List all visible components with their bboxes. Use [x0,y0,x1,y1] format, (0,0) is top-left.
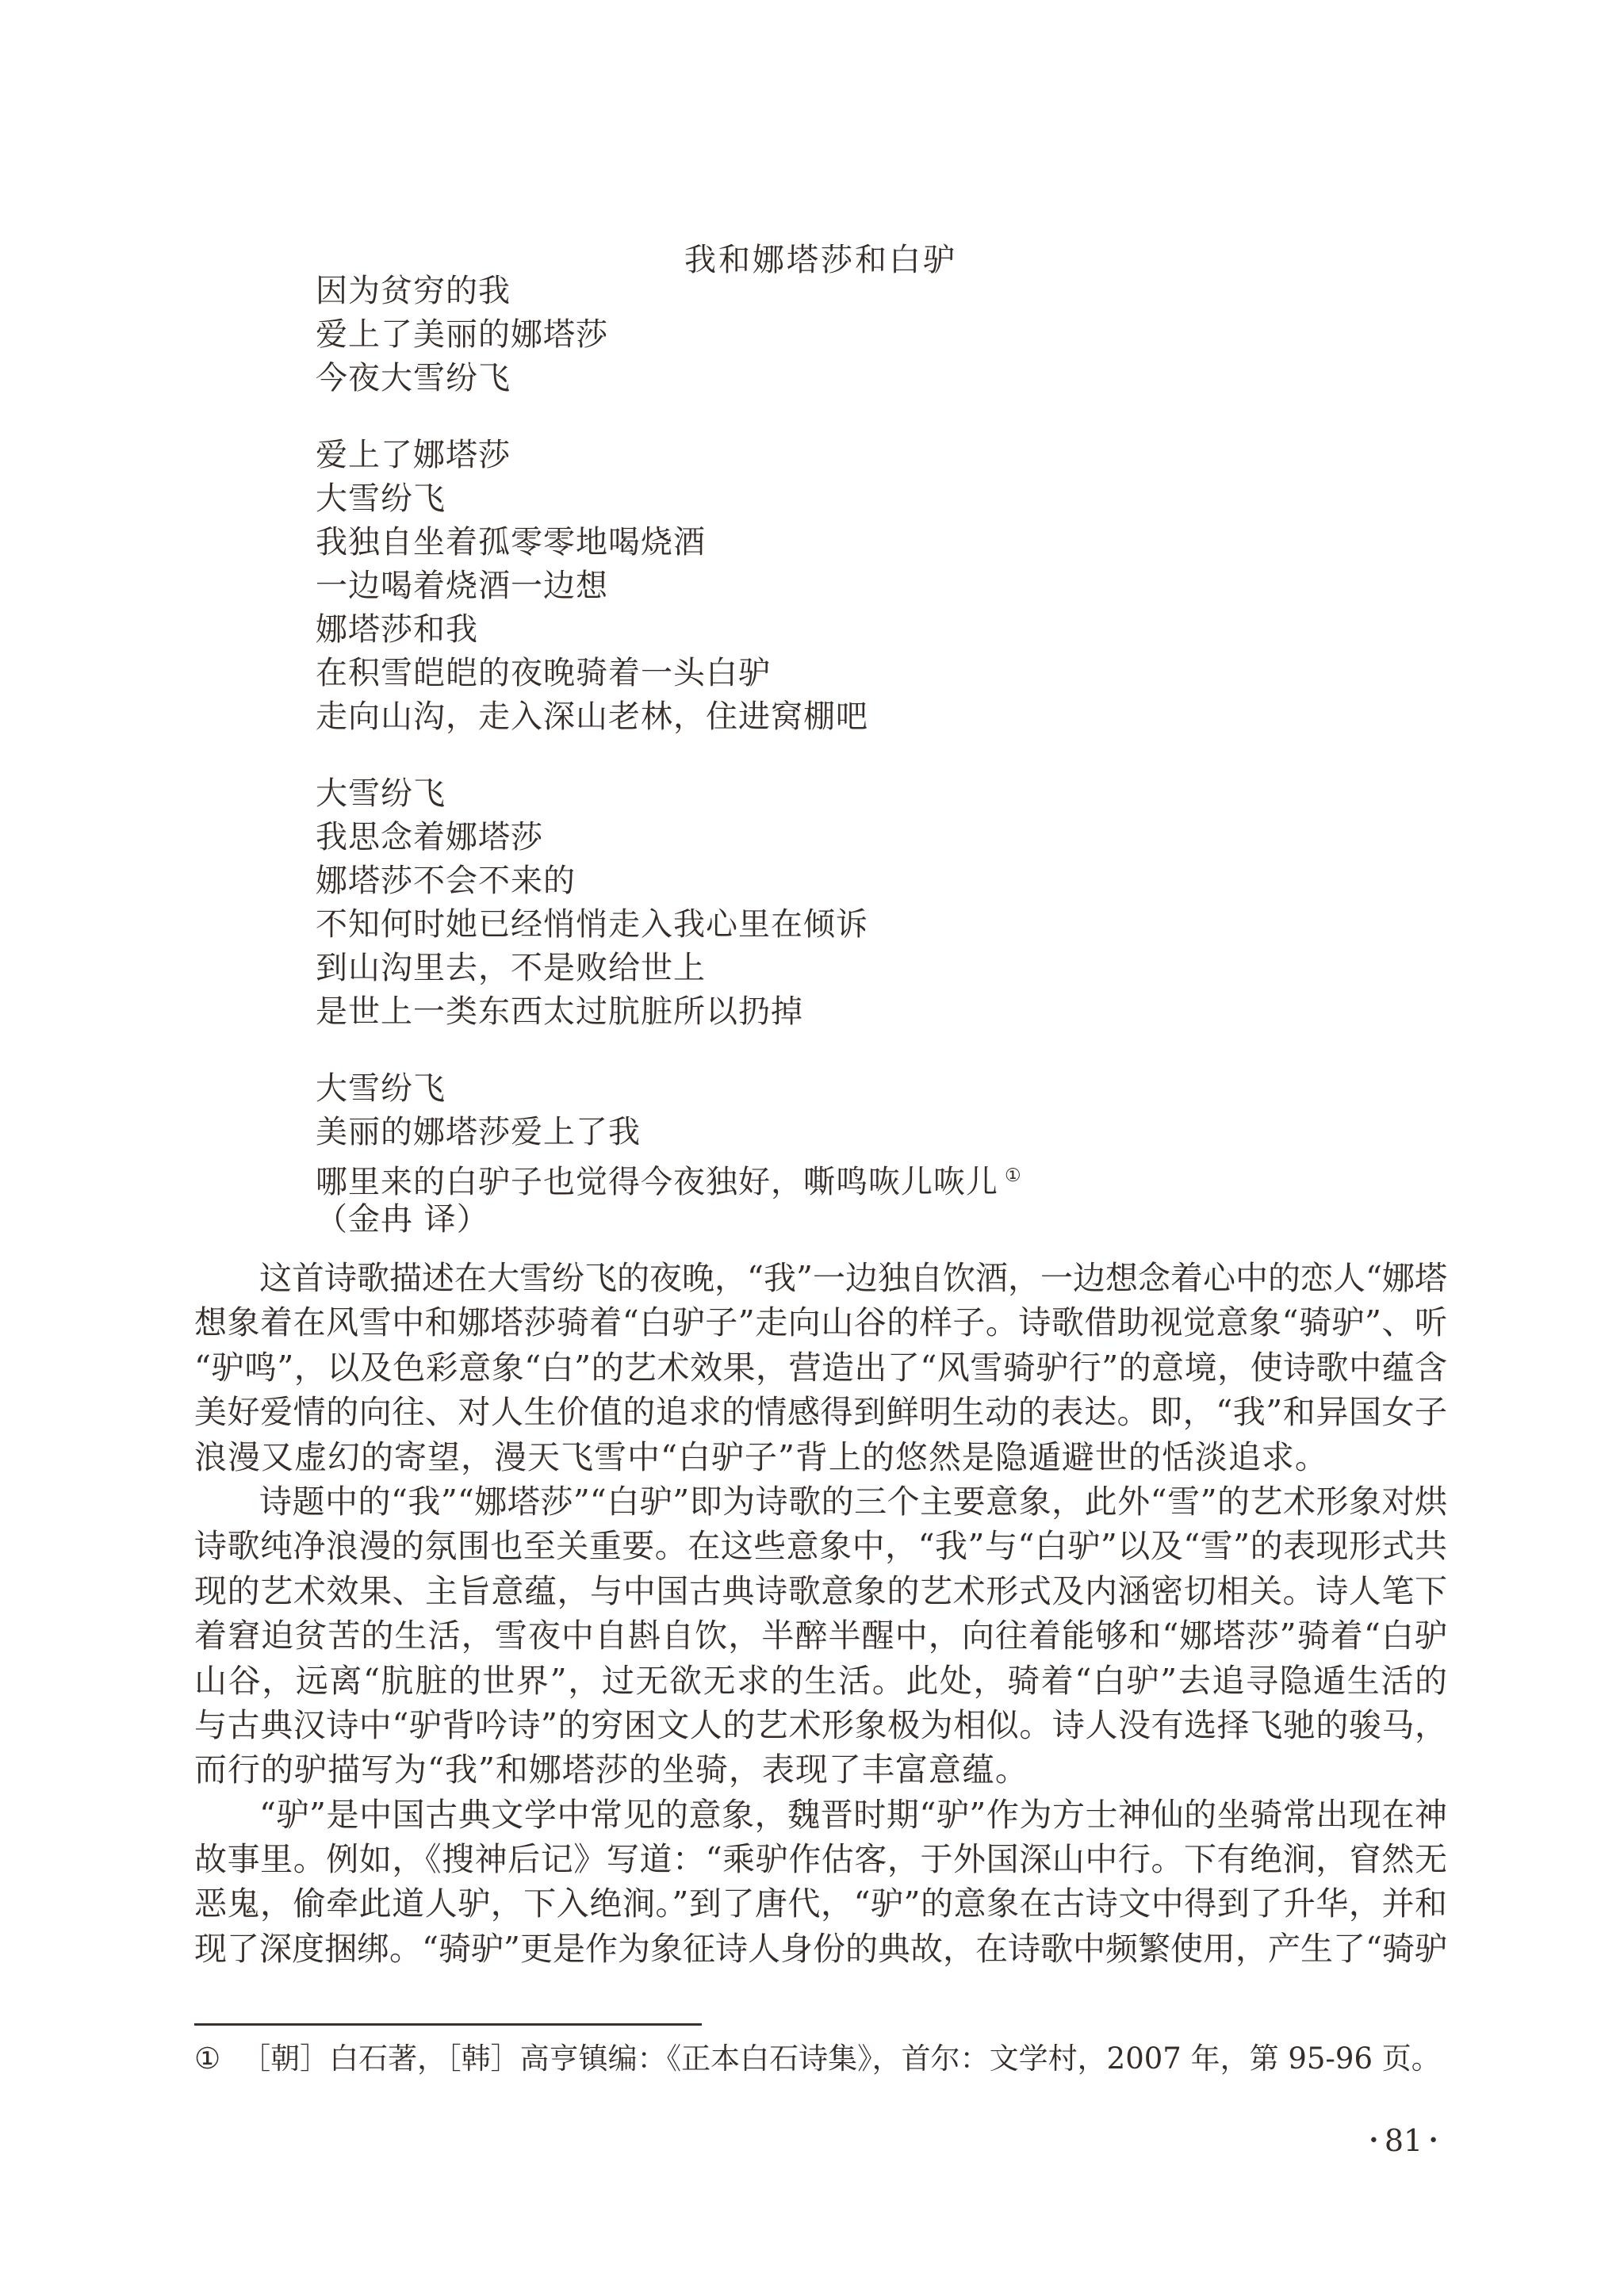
text-line: 诗歌纯净浪漫的氛围也至关重要。在这些意象中，“我”与“白驴”以及“雪”的表现形式… [194,1524,1447,1568]
text-line: 着窘迫贫苦的生活，雪夜中自斟自饮，半醉半醒中，向往着能够和“娜塔莎”骑着“白驴子… [194,1613,1447,1658]
poem-line: 娜塔莎不会不来的 [316,859,1021,903]
text-line: 山谷，远离“肮脏的世界”，过无欲无求的生活。此处，骑着“白驴”去追寻隐遁生活的“… [194,1659,1447,1703]
poem-stanza-4: 大雪纷飞 美丽的娜塔莎爱上了我 哪里来的白驴子也觉得今夜独好，嘶鸣咴儿咴儿① （… [316,1067,1021,1242]
page-number-right-dot: • [1428,2131,1438,2151]
poem-line: 大雪纷飞 [316,772,1021,816]
paragraph-1: 这首诗歌描述在大雪纷飞的夜晚，“我”一边独自饮酒，一边想念着心中的恋人“娜塔莎”… [194,1256,1447,1479]
text-line: 现了深度捆绑。“骑驴”更是作为象征诗人身份的典故，在诗歌中频繁使用，产生了“骑驴… [194,1927,1447,1971]
poem-line: 因为贫穷的我 [316,270,1021,313]
text-line: 这首诗歌描述在大雪纷飞的夜晚，“我”一边独自饮酒，一边想念着心中的恋人“娜塔莎”… [194,1256,1447,1300]
poem: 因为贫穷的我 爱上了美丽的娜塔莎 今夜大雪纷飞 爱上了娜塔莎 大雪纷飞 我独自坐… [316,270,1021,1242]
poem-line: 我独自坐着孤零零地喝烧酒 [316,521,1021,564]
poem-line: 大雪纷飞 [316,1067,1021,1111]
poem-line: 是世上一类东西太过肮脏所以扔掉 [316,990,1021,1034]
footnote-divider [194,2023,702,2026]
poem-line: 一边喝着烧酒一边想 [316,564,1021,608]
poem-line: 在积雪皑皑的夜晚骑着一头白驴 [316,652,1021,695]
poem-line: 娜塔莎和我 [316,608,1021,652]
text-line: 现的艺术效果、主旨意蕴，与中国古典诗歌意象的艺术形式及内涵密切相关。诗人笔下的“… [194,1569,1447,1613]
poem-line: 大雪纷飞 [316,477,1021,521]
text-line: 与古典汉诗中“驴背吟诗”的穷困文人的艺术形象极为相似。诗人没有选择飞驰的骏马，而… [194,1703,1447,1747]
poem-stanza-1: 因为贫穷的我 爱上了美丽的娜塔莎 今夜大雪纷飞 [316,270,1021,400]
text-line: 美好爱情的向往、对人生价值的追求的情感得到鲜明生动的表达。即，“我”和异国女子的… [194,1390,1447,1434]
footnote-reference-mark: ① [1005,1165,1021,1186]
paragraph-2: 诗题中的“我”“娜塔莎”“白驴”即为诗歌的三个主要意象，此外“雪”的艺术形象对烘… [194,1479,1447,1793]
poem-line: 美丽的娜塔莎爱上了我 [316,1111,1021,1154]
text-line: 想象着在风雪中和娜塔莎骑着“白驴子”走向山谷的样子。诗歌借助视觉意象“骑驴”、听… [194,1300,1447,1345]
text-line: “驴鸣”，以及色彩意象“白”的艺术效果，营造出了“风雪骑驴行”的意境，使诗歌中蕴… [194,1345,1447,1390]
footnote-marker: ① [194,2042,220,2076]
text-line: “驴”是中国古典文学中常见的意象，魏晋时期“驴”作为方士神仙的坐骑常出现在神仙道… [194,1793,1447,1837]
text-line: 诗题中的“我”“娜塔莎”“白驴”即为诗歌的三个主要意象，此外“雪”的艺术形象对烘… [194,1479,1447,1524]
poem-line: 不知何时她已经悄悄走入我心里在倾诉 [316,903,1021,947]
poem-line: 哪里来的白驴子也觉得今夜独好，嘶鸣咴儿咴儿① [316,1154,1021,1198]
book-page: 我和娜塔莎和白驴 因为贫穷的我 爱上了美丽的娜塔莎 今夜大雪纷飞 爱上了娜塔莎 … [0,0,1624,2296]
footnote: ①［朝］白石著，［韩］高亨镇编：《正本白石诗集》，首尔：文学村，2007 年，第… [194,2039,1447,2079]
poem-stanza-2: 爱上了娜塔莎 大雪纷飞 我独自坐着孤零零地喝烧酒 一边喝着烧酒一边想 娜塔莎和我… [316,434,1021,739]
text-line: 故事里。例如，《搜神后记》写道：“乘驴作估客，于外国深山中行。下有绝涧，窅然无底… [194,1837,1447,1881]
page-number-value: 81 [1385,2123,1423,2158]
poem-attribution: （金冉 译） [316,1198,1021,1242]
text-line: 恶鬼，偷牵此道人驴，下入绝涧。”到了唐代，“驴”的意象在古诗文中得到了升华，并和… [194,1881,1447,1926]
poem-line: 到山沟里去，不是败给世上 [316,947,1021,990]
analysis-text: 这首诗歌描述在大雪纷飞的夜晚，“我”一边独自饮酒，一边想念着心中的恋人“娜塔莎”… [194,1256,1447,1971]
poem-line: 走向山沟，走入深山老林，住进窝棚吧 [316,695,1021,739]
poem-line: 我思念着娜塔莎 [316,816,1021,859]
poem-line: 爱上了娜塔莎 [316,434,1021,477]
page-number: •81• [1348,2123,1459,2158]
text-line: 浪漫又虚幻的寄望，漫天飞雪中“白驴子”背上的悠然是隐遁避世的恬淡追求。 [194,1435,1447,1479]
poem-stanza-3: 大雪纷飞 我思念着娜塔莎 娜塔莎不会不来的 不知何时她已经悄悄走入我心里在倾诉 … [316,772,1021,1034]
footnote-text: ［朝］白石著，［韩］高亨镇编：《正本白石诗集》，首尔：文学村，2007 年，第 … [241,2042,1441,2076]
text-line: 而行的驴描写为“我”和娜塔莎的坐骑，表现了丰富意蕴。 [194,1747,1447,1792]
poem-line: 今夜大雪纷飞 [316,357,1021,400]
page-number-left-dot: • [1369,2131,1379,2151]
paragraph-3: “驴”是中国古典文学中常见的意象，魏晋时期“驴”作为方士神仙的坐骑常出现在神仙道… [194,1793,1447,1972]
poem-line-text: 哪里来的白驴子也觉得今夜独好，嘶鸣咴儿咴儿 [316,1164,998,1200]
poem-line: 爱上了美丽的娜塔莎 [316,313,1021,357]
